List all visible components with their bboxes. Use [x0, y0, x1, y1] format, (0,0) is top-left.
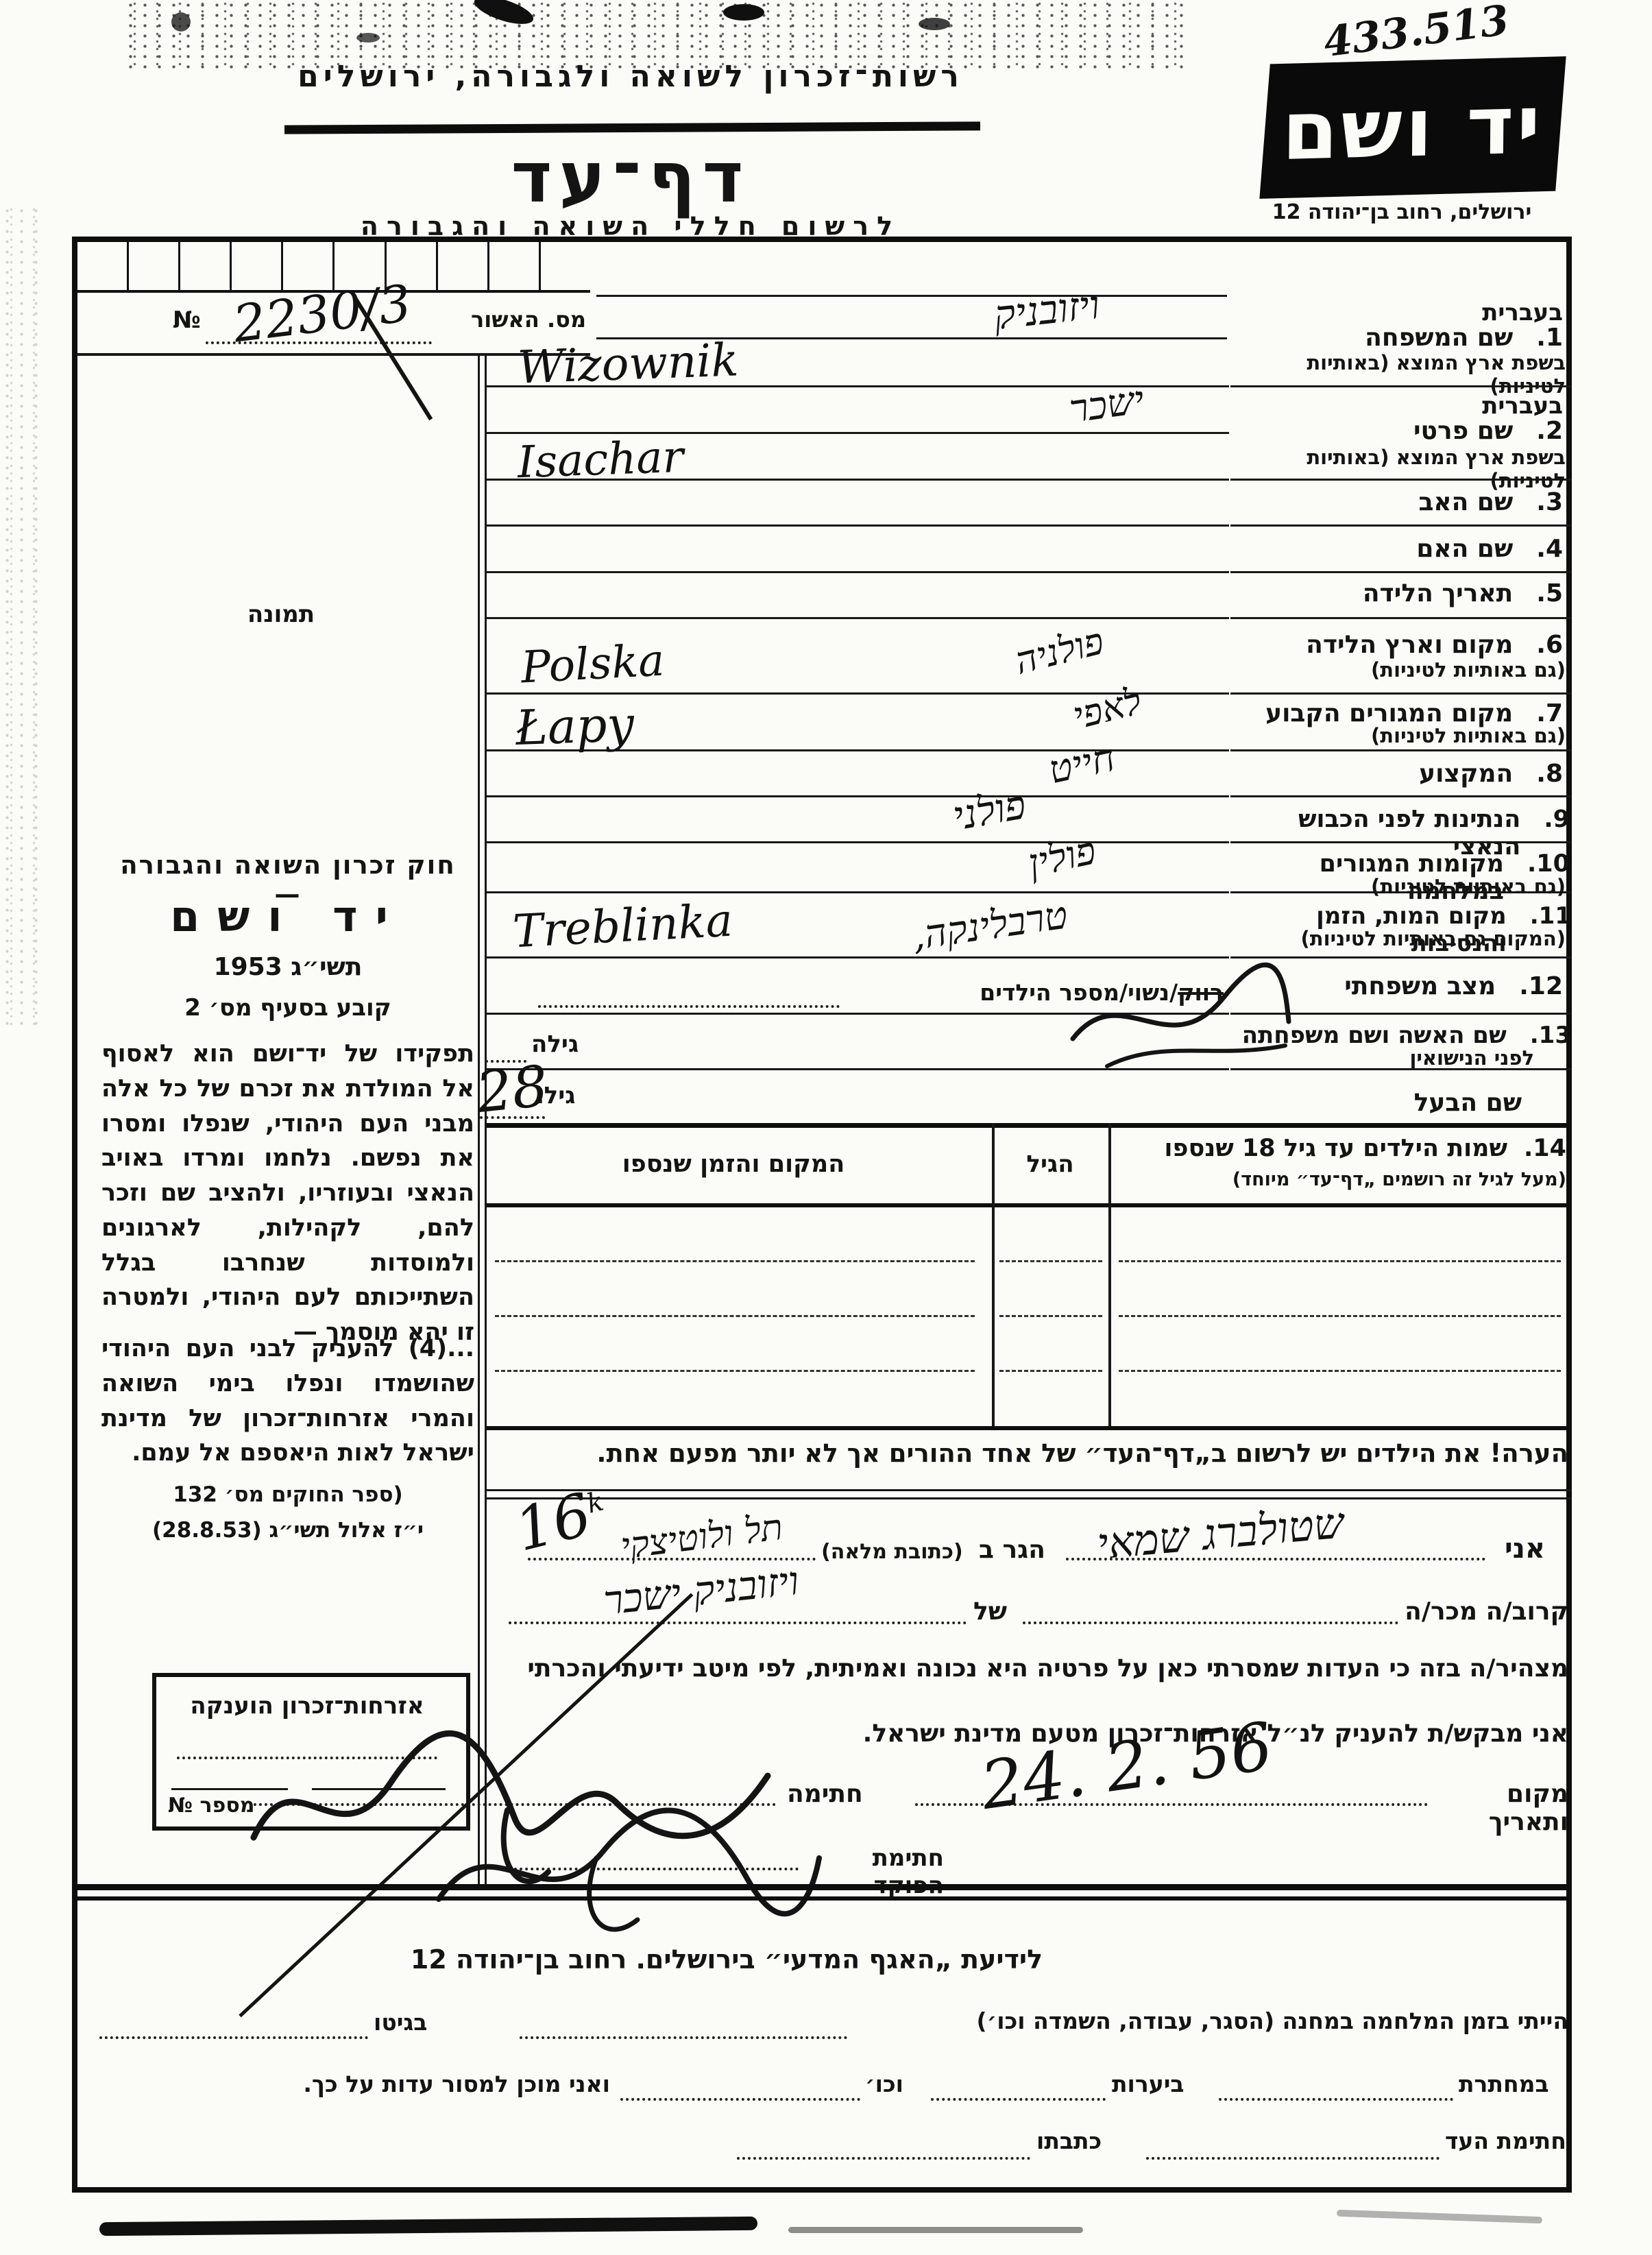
field-separator [1230, 1013, 1572, 1015]
children-title-text: שמות הילדים עד גיל 18 שנספו [1165, 1135, 1507, 1162]
field-text: מקום וארץ הלידה [1306, 631, 1513, 659]
scanned-testimony-page: 433.513 רשות־זכרון לשואה ולגבורה, ירושלי… [0, 0, 1652, 2255]
law-paragraph-1: תפקידו של יד־ושם הוא לאסוף אל המולדת את … [101, 1037, 474, 1350]
field-4-label: 4.שם האם [1234, 535, 1563, 563]
table-header-rule [487, 1203, 1572, 1207]
index-cell [129, 242, 180, 290]
clerk-signature-handwriting [425, 1776, 823, 1947]
children-col-age: הגיל [995, 1150, 1105, 1178]
field-separator [1230, 692, 1572, 695]
field-10-sub: (גם באותיות לטיניות) [1232, 875, 1566, 898]
scan-noise-band [123, 0, 1193, 69]
rule-line [487, 524, 1229, 527]
law-name: יד ושם [103, 891, 473, 941]
victim-name-line [509, 1621, 967, 1624]
field-2-label: 2.שם פרטי [1234, 417, 1563, 445]
field-2-sub: בשפת ארץ המוצא (באותיות לטיניות) [1232, 446, 1566, 492]
yad-vashem-logo-text: יד ושם [1282, 77, 1544, 178]
witness-address-label: כתבתו [1036, 2127, 1102, 2154]
forests-label: ביערות [1112, 2071, 1185, 2097]
memorial-number-symbol: № [168, 1794, 193, 1818]
field-text: מקום המגורים הקבוע [1265, 699, 1513, 727]
table-vertical-rule [992, 1123, 995, 1430]
place-date-label: מקום ותאריך [1438, 1780, 1568, 1836]
surname-latin-handwriting: Wizownik [517, 333, 740, 394]
his-age-dotted-line [480, 1116, 545, 1119]
header-underline [284, 121, 980, 134]
approval-number-symbol: № [173, 306, 201, 334]
field-number: 13. [1530, 1022, 1571, 1049]
etc-label: וכו׳ [865, 2071, 903, 2097]
approval-row-underline [77, 353, 590, 356]
table-row-line [495, 1370, 975, 1372]
double-rule [487, 1489, 1572, 1491]
field-text: המקצוע [1419, 760, 1513, 788]
field-number: 8. [1536, 760, 1563, 788]
ghetto-answer-line [99, 2036, 368, 2039]
children-header-subtitle: (מעל לגיל זה רושמים „דף־עד״ מיוחד) [1121, 1169, 1566, 1190]
table-row-line [495, 1260, 975, 1262]
table-row-line [999, 1370, 1102, 1372]
law-paragraph-2: ...(4) להעניק לבני העם היהודי שהושמדו ונ… [101, 1331, 474, 1471]
field-number: 9. [1544, 806, 1570, 833]
rule-line [487, 795, 1229, 797]
field-number: 7. [1536, 699, 1563, 727]
field-7-sub: (גם באותיות לטיניות) [1232, 724, 1566, 747]
scan-speckle [171, 12, 191, 32]
index-cell [180, 242, 232, 290]
field-number: 3. [1536, 488, 1563, 516]
field-text: שם פרטי [1413, 417, 1513, 445]
field-number: 10. [1527, 850, 1570, 878]
field-12-label: 12.מצב משפחתי [1234, 972, 1563, 1000]
underground-answer-line [1219, 2098, 1453, 2101]
field-number: 5. [1536, 579, 1563, 607]
ghetto-label: בגיטו [374, 2009, 427, 2036]
scan-speckle [723, 4, 764, 21]
field-text: מצב משפחתי [1344, 972, 1496, 1000]
table-row-line [999, 1260, 1102, 1262]
witness-signature-line [1146, 2157, 1440, 2160]
photo-label: תמונה [226, 601, 336, 628]
section-divider [77, 1884, 1566, 1890]
birthplace-latin-handwriting: Polska [520, 636, 666, 694]
index-cell [232, 242, 283, 290]
note-line: הערה! את הילדים יש לרשום ב„דף־העד״ של אח… [500, 1438, 1568, 1468]
index-cell [541, 242, 590, 290]
residence-latin-handwriting: Łapy [515, 696, 635, 756]
field-separator [1230, 795, 1572, 797]
index-cell [438, 242, 489, 290]
clerk-signature-label: חתימת הפוקד [803, 1844, 944, 1899]
field-text: תאריך הלידה [1363, 579, 1513, 607]
field-8-label: 8.המקצוע [1234, 760, 1563, 788]
field-6-sub: (גם באותיות לטיניות) [1232, 658, 1566, 682]
relative-label: קרוב/ה מכר/ה [1404, 1597, 1568, 1626]
approval-number-label: מס. האשור [425, 306, 586, 333]
law-citation-2: י״ז אלול תשי״ג (28.8.53) [101, 1518, 474, 1543]
relative-name-line [1023, 1621, 1398, 1624]
field-1-pre: בעברית [1234, 299, 1563, 326]
authority-line: רשות־זכרון לשואה ולגבורה, ירושלים [267, 59, 994, 94]
field-number: 14. [1524, 1135, 1566, 1162]
field-6-label: 6.מקום וארץ הלידה [1234, 631, 1563, 659]
rule-line [487, 432, 1229, 434]
table-row-line [1119, 1315, 1561, 1317]
scan-smudge [788, 2227, 1083, 2233]
table-row-line [495, 1315, 975, 1317]
field-text: שם האשה ושם משפחתה [1242, 1022, 1507, 1049]
firstname-latin-handwriting: Isachar [517, 432, 685, 488]
scientific-branch-title: לידיעת „האגף המדעי״ בירושלים. רחוב בן־יה… [384, 1944, 1069, 1975]
husband-name-label: שם הבעל [1234, 1089, 1522, 1117]
field-7-label: 7.מקום המגורים הקבוע [1234, 699, 1563, 727]
war-camp-line: הייתי בזמן המלחמה במחנה (הסגר, עבודה, הש… [853, 2007, 1568, 2034]
scan-speckle [919, 18, 950, 30]
table-row-line [1119, 1260, 1561, 1262]
field-text: שם המשפחה [1365, 324, 1513, 352]
declaration-statement: מצהיר/ה בזה כי העדות שמסרתי כאן על פרטיה… [500, 1654, 1568, 1683]
field-number: 6. [1536, 631, 1563, 659]
underground-label: במחתרת [1459, 2071, 1549, 2097]
form-title: דף־עד [439, 137, 823, 219]
rule-line [487, 841, 1229, 843]
field-3-label: 3.שם האב [1234, 488, 1563, 516]
rule-line [487, 617, 1229, 619]
field-2-pre: בעברית [1234, 392, 1563, 420]
etc-answer-line [620, 2098, 860, 2101]
field-number: 4. [1536, 535, 1563, 563]
camp-answer-line [520, 2036, 847, 2039]
yad-vashem-logo: יד ושם [1259, 56, 1566, 199]
field-separator [1230, 524, 1572, 527]
field-separator [1230, 571, 1572, 573]
field-separator [1230, 617, 1572, 619]
forests-answer-line [931, 2098, 1106, 2101]
table-row-line [1119, 1370, 1561, 1372]
field-number: 1. [1536, 324, 1563, 352]
field-1-label: 1.שם המשפחה [1234, 324, 1563, 352]
index-cell [77, 242, 129, 290]
field-text: שם האב [1418, 488, 1513, 516]
marital-dotted-line [538, 1005, 840, 1008]
witness-address-line [737, 2157, 1030, 2160]
table-vertical-rule [1108, 1123, 1111, 1430]
children-col-place: המקום והזמן שנספו [494, 1150, 973, 1178]
declarant-i-label: אני [1505, 1533, 1545, 1565]
double-rule [487, 1497, 1572, 1499]
children-header-title: 14.שמות הילדים עד גיל 18 שנספו [1124, 1135, 1566, 1162]
testify-text: ואני מוכן למסור עדות על כך. [103, 2071, 610, 2097]
address-hint-label: (כתובת מלאה) [821, 1540, 963, 1564]
table-bottom-rule [487, 1426, 1572, 1430]
field-1-sub: בשפת ארץ המוצא (באותיות לטיניות) [1232, 351, 1566, 398]
his-age-handwriting: 28 [473, 1054, 551, 1126]
rule-line [596, 295, 1227, 297]
field-number: 12. [1519, 972, 1563, 1000]
scan-smudge [1337, 2210, 1542, 2223]
resides-label: הגר ב [979, 1536, 1045, 1564]
logo-address: ירושלים, רחוב בן־יהודה 12 [1234, 200, 1570, 224]
field-11-sub: (המקום גם באותיות לטיניות) [1232, 927, 1566, 950]
index-cell [283, 242, 335, 290]
rule-line [487, 891, 1229, 893]
law-section: קובע בסעיף מס׳ 2 [103, 994, 473, 1022]
section-divider [77, 1896, 1566, 1901]
field-13-sub: לפני הנישואין [1232, 1046, 1534, 1070]
scan-speckle [356, 33, 380, 43]
of-label: של [973, 1597, 1007, 1626]
field-number: 11. [1530, 902, 1571, 930]
law-citation-1: (ספר החוקים מס׳ 132 [101, 1482, 474, 1507]
field-5-label: 5.תאריך הלידה [1234, 579, 1563, 607]
witness-signature-label: חתימת העד [1445, 2127, 1566, 2154]
rule-line [487, 571, 1229, 573]
field-separator [1230, 749, 1572, 751]
index-cell [489, 242, 541, 290]
law-year: תשי״ג 1953 [103, 953, 473, 981]
field-number: 2. [1536, 417, 1563, 445]
table-row-line [999, 1315, 1102, 1317]
field-text: שם האם [1416, 535, 1513, 563]
scan-smudge [99, 2217, 757, 2236]
table-top-rule [487, 1123, 1572, 1128]
field-13-label: 13.שם האשה ושם משפחתה [1234, 1022, 1571, 1049]
scan-noise-left-margin [0, 206, 48, 1028]
